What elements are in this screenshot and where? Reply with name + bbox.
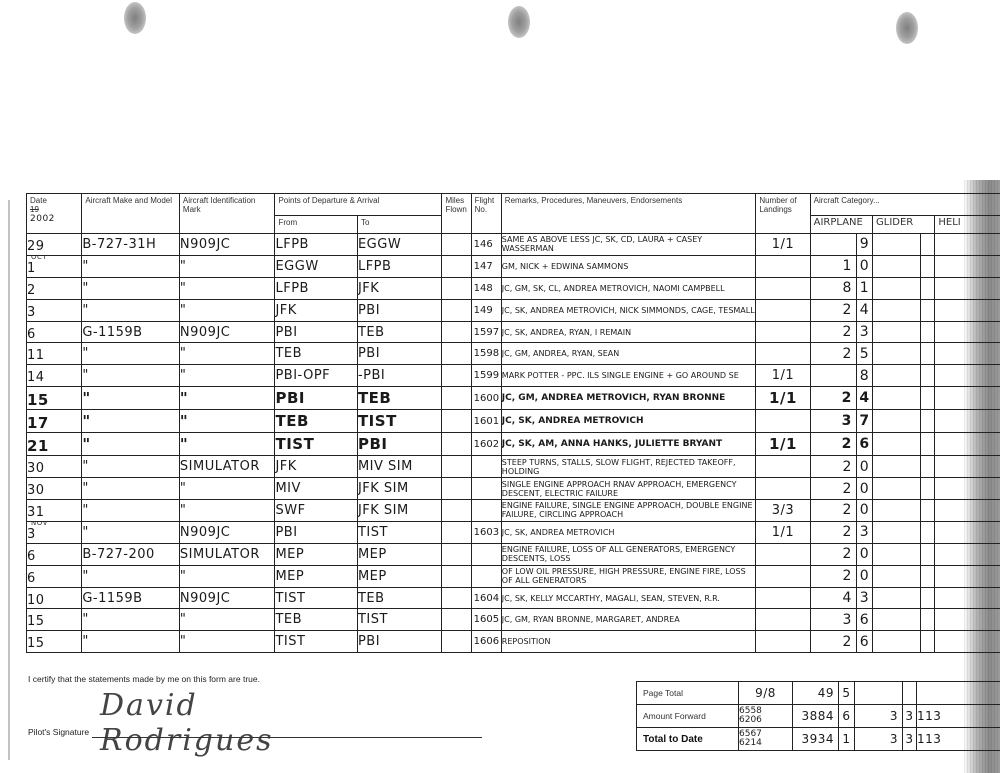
log-miles xyxy=(442,587,471,609)
log-glider-b xyxy=(921,410,935,433)
table-row: 21""TISTPBI1602JC, SK, AM, ANNA HANKS, J… xyxy=(27,433,1000,456)
log-landings xyxy=(756,543,810,565)
log-airplane-b: 6 xyxy=(856,631,872,653)
log-day: 15 xyxy=(27,387,81,409)
log-landings xyxy=(756,255,810,277)
log-to: JFK SIM xyxy=(357,478,442,500)
log-date: NOV3 xyxy=(27,521,82,543)
table-row: 30""MIVJFK SIMSINGLE ENGINE APPROACH RNA… xyxy=(27,478,1000,500)
log-flight-no: 1605 xyxy=(471,609,501,631)
log-glider-b xyxy=(921,234,935,256)
log-glider-a xyxy=(873,456,921,478)
from-header: From xyxy=(275,216,357,234)
log-to: PBI xyxy=(357,299,442,321)
log-glider-a xyxy=(873,587,921,609)
log-glider-a xyxy=(873,410,921,433)
total-to-date-row: Total to Date 6567 6214 3934 1 3 3 113 xyxy=(637,728,1000,751)
log-make-model: " xyxy=(82,631,180,653)
log-airplane-a: 2 xyxy=(810,433,856,456)
log-ident-mark: SIMULATOR xyxy=(179,543,275,565)
log-glider-b xyxy=(921,565,935,587)
log-date: 14 xyxy=(27,365,82,387)
log-airplane-a: 2 xyxy=(810,631,856,653)
log-remarks: ENGINE FAILURE, LOSS OF ALL GENERATORS, … xyxy=(501,543,756,565)
total-to-date-glider-b: 3 xyxy=(903,728,917,751)
log-airplane-a: 2 xyxy=(810,500,856,522)
log-glider-a xyxy=(873,277,921,299)
log-miles xyxy=(442,299,471,321)
log-flight-no xyxy=(471,543,501,565)
log-airplane-a: 2 xyxy=(810,565,856,587)
page-total-label: Page Total xyxy=(637,682,739,705)
page-total-airplane-a: 49 xyxy=(793,682,839,705)
log-make-model: " xyxy=(82,478,180,500)
header-row: Date 19 2002 Aircraft Make and Model Air… xyxy=(27,194,1000,216)
log-miles xyxy=(442,277,471,299)
total-to-date-airplane-a: 3934 xyxy=(793,728,839,751)
margin-mark xyxy=(8,200,10,760)
log-flight-no: 146 xyxy=(471,234,501,256)
log-glider-b xyxy=(921,321,935,343)
log-glider-b xyxy=(921,343,935,365)
log-to: TIST xyxy=(357,609,442,631)
log-date: 6 xyxy=(27,543,82,565)
log-from: TEB xyxy=(275,609,357,631)
log-heli xyxy=(935,478,1000,500)
log-from: PBI xyxy=(275,321,357,343)
log-ident-mark: " xyxy=(179,478,275,500)
log-day: 30 xyxy=(27,457,81,476)
log-day: 2 xyxy=(27,279,81,298)
punch-hole-right xyxy=(896,12,918,44)
log-miles xyxy=(442,543,471,565)
certification-statement: I certify that the statements made by me… xyxy=(28,674,260,684)
amount-forward-label: Amount Forward xyxy=(637,705,739,728)
log-to: LFPB xyxy=(357,255,442,277)
log-glider-a xyxy=(873,543,921,565)
log-from: PBI-OPF xyxy=(275,365,357,387)
log-miles xyxy=(442,521,471,543)
log-remarks: JC, SK, KELLY MCCARTHY, MAGALI, SEAN, ST… xyxy=(501,587,756,609)
log-make-model: G-1159B xyxy=(82,321,180,343)
log-date: 30 xyxy=(27,478,82,500)
log-landings: 1/1 xyxy=(756,433,810,456)
log-landings xyxy=(756,631,810,653)
log-airplane-a: 1 xyxy=(810,255,856,277)
log-make-model: G-1159B xyxy=(82,587,180,609)
log-from: MEP xyxy=(275,543,357,565)
log-flight-no: 1597 xyxy=(471,321,501,343)
log-from: TIST xyxy=(275,587,357,609)
log-from: PBI xyxy=(275,387,357,410)
log-make-model: " xyxy=(82,299,180,321)
total-to-date-airplane-b: 1 xyxy=(839,728,855,751)
table-row: 30"SIMULATORJFKMIV SIMSTEEP TURNS, STALL… xyxy=(27,456,1000,478)
log-landings: 1/1 xyxy=(756,365,810,387)
log-make-model: " xyxy=(82,433,180,456)
log-landings: 1/1 xyxy=(756,521,810,543)
log-miles xyxy=(442,234,471,256)
log-date: 30 xyxy=(27,456,82,478)
log-airplane-a xyxy=(810,234,856,256)
log-glider-b xyxy=(921,433,935,456)
log-airplane-b: 1 xyxy=(856,277,872,299)
log-landings xyxy=(756,343,810,365)
log-heli xyxy=(935,565,1000,587)
log-ident-mark: " xyxy=(179,365,275,387)
log-from: TIST xyxy=(275,433,357,456)
log-make-model: " xyxy=(82,456,180,478)
log-airplane-b: 4 xyxy=(856,387,872,410)
landings-header: Number of Landings xyxy=(756,194,810,234)
amount-forward-glider-a: 3 xyxy=(855,705,903,728)
log-ident-mark: " xyxy=(179,433,275,456)
log-heli xyxy=(935,456,1000,478)
log-airplane-a xyxy=(810,365,856,387)
log-glider-a xyxy=(873,343,921,365)
log-heli xyxy=(935,299,1000,321)
log-airplane-a: 8 xyxy=(810,277,856,299)
log-remarks: ENGINE FAILURE, SINGLE ENGINE APPROACH, … xyxy=(501,500,756,522)
log-glider-b xyxy=(921,521,935,543)
log-make-model: " xyxy=(82,387,180,410)
ident-mark-header: Aircraft Identification Mark xyxy=(179,194,275,234)
log-glider-b xyxy=(921,587,935,609)
log-flight-no: 147 xyxy=(471,255,501,277)
log-ident-mark: " xyxy=(179,343,275,365)
log-remarks: JC, GM, SK, CL, ANDREA METROVICH, NAOMI … xyxy=(501,277,756,299)
log-glider-b xyxy=(921,631,935,653)
amount-forward-landings: 6558 6206 xyxy=(739,705,793,728)
log-from: MIV xyxy=(275,478,357,500)
log-ident-mark: " xyxy=(179,299,275,321)
log-to: PBI xyxy=(357,631,442,653)
log-remarks: GM, NICK + EDWINA SAMMONS xyxy=(501,255,756,277)
log-to: TIST xyxy=(357,521,442,543)
log-make-model: " xyxy=(82,565,180,587)
log-glider-b xyxy=(921,365,935,387)
log-miles xyxy=(442,321,471,343)
log-heli xyxy=(935,631,1000,653)
log-glider-b xyxy=(921,255,935,277)
log-heli xyxy=(935,387,1000,410)
log-remarks: JC, GM, RYAN BRONNE, MARGARET, ANDREA xyxy=(501,609,756,631)
log-to: PBI xyxy=(357,343,442,365)
log-airplane-a: 2 xyxy=(810,478,856,500)
punch-hole-left xyxy=(124,2,146,34)
log-date: 3 xyxy=(27,299,82,321)
log-ident-mark: " xyxy=(179,277,275,299)
log-airplane-b: 0 xyxy=(856,255,872,277)
log-make-model: " xyxy=(82,343,180,365)
log-to: MEP xyxy=(357,565,442,587)
log-flight-no xyxy=(471,478,501,500)
log-flight-no: 1603 xyxy=(471,521,501,543)
total-to-date-label: Total to Date xyxy=(637,728,739,751)
total-to-date-landings: 6567 6214 xyxy=(739,728,793,751)
log-from: TEB xyxy=(275,410,357,433)
log-landings xyxy=(756,587,810,609)
log-ident-mark: " xyxy=(179,565,275,587)
log-day: 11 xyxy=(27,344,81,363)
log-flight-no: 149 xyxy=(471,299,501,321)
page-total-airplane-b: 5 xyxy=(839,682,855,705)
signature-line xyxy=(92,737,482,738)
date-header: Date 19 2002 xyxy=(27,194,82,234)
log-make-model: " xyxy=(82,410,180,433)
log-make-model: " xyxy=(82,255,180,277)
log-heli xyxy=(935,343,1000,365)
log-glider-b xyxy=(921,543,935,565)
log-glider-a xyxy=(873,299,921,321)
log-miles xyxy=(442,500,471,522)
log-airplane-a: 3 xyxy=(810,410,856,433)
log-make-model: " xyxy=(82,277,180,299)
log-heli xyxy=(935,234,1000,256)
log-miles xyxy=(442,343,471,365)
log-miles xyxy=(442,478,471,500)
make-model-header: Aircraft Make and Model xyxy=(82,194,180,234)
log-ident-mark: " xyxy=(179,410,275,433)
log-make-model: " xyxy=(82,521,180,543)
log-flight-no: 1598 xyxy=(471,343,501,365)
log-to: MEP xyxy=(357,543,442,565)
amount-forward-airplane-a: 3884 xyxy=(793,705,839,728)
category-header: Aircraft Category... xyxy=(810,194,1000,216)
log-flight-no: 1604 xyxy=(471,587,501,609)
logbook-table: Date 19 2002 Aircraft Make and Model Air… xyxy=(26,193,1000,653)
table-row: 17""TEBTIST1601JC, SK, ANDREA METROVICH3… xyxy=(27,410,1000,433)
log-ident-mark: N909JC xyxy=(179,321,275,343)
log-day: 14 xyxy=(27,366,81,385)
log-flight-no: 1602 xyxy=(471,433,501,456)
log-heli xyxy=(935,500,1000,522)
log-day: 30 xyxy=(27,479,81,498)
log-flight-no xyxy=(471,500,501,522)
log-date: 15 xyxy=(27,631,82,653)
table-row: 11""TEBPBI1598JC, GM, ANDREA, RYAN, SEAN… xyxy=(27,343,1000,365)
log-day: 6 xyxy=(27,567,81,586)
log-to: TEB xyxy=(357,587,442,609)
log-airplane-a: 3 xyxy=(810,609,856,631)
miles-header: Miles Flown xyxy=(442,194,471,234)
log-glider-b xyxy=(921,299,935,321)
log-glider-a xyxy=(873,255,921,277)
log-heli xyxy=(935,433,1000,456)
log-glider-b xyxy=(921,478,935,500)
log-airplane-b: 6 xyxy=(856,433,872,456)
log-ident-mark: N909JC xyxy=(179,587,275,609)
log-from: MEP xyxy=(275,565,357,587)
log-flight-no: 1606 xyxy=(471,631,501,653)
log-date: 21 xyxy=(27,433,82,456)
amount-forward-glider-b: 3 xyxy=(903,705,917,728)
log-landings xyxy=(756,277,810,299)
category-glider-header: GLIDER xyxy=(873,216,935,234)
table-row: 2""LFPBJFK148JC, GM, SK, CL, ANDREA METR… xyxy=(27,277,1000,299)
log-date: 6 xyxy=(27,321,82,343)
page-total-glider-b xyxy=(903,682,917,705)
log-to: TEB xyxy=(357,387,442,410)
table-row: 15""PBITEB1600JC, GM, ANDREA METROVICH, … xyxy=(27,387,1000,410)
log-ident-mark: " xyxy=(179,609,275,631)
table-row: 15""TISTPBI1606REPOSITION26 xyxy=(27,631,1000,653)
log-ident-mark: " xyxy=(179,255,275,277)
page-total-row: Page Total 9/8 49 5 xyxy=(637,682,1000,705)
category-airplane-header: AIRPLANE xyxy=(810,216,872,234)
log-heli xyxy=(935,321,1000,343)
log-landings: 1/1 xyxy=(756,234,810,256)
log-ident-mark: N909JC xyxy=(179,521,275,543)
table-row: 31""SWFJFK SIMENGINE FAILURE, SINGLE ENG… xyxy=(27,500,1000,522)
log-airplane-b: 0 xyxy=(856,500,872,522)
log-glider-a xyxy=(873,433,921,456)
table-row: 15""TEBTIST1605JC, GM, RYAN BRONNE, MARG… xyxy=(27,609,1000,631)
log-heli xyxy=(935,521,1000,543)
log-day: 15 xyxy=(27,632,81,651)
table-row: 29B-727-31HN909JCLFPBEGGW146SAME AS ABOV… xyxy=(27,234,1000,256)
amount-forward-airplane-b: 6 xyxy=(839,705,855,728)
log-airplane-a: 2 xyxy=(810,521,856,543)
log-miles xyxy=(442,631,471,653)
log-flight-no: 1599 xyxy=(471,365,501,387)
log-airplane-b: 3 xyxy=(856,321,872,343)
log-landings xyxy=(756,609,810,631)
to-header: To xyxy=(357,216,442,234)
log-miles xyxy=(442,365,471,387)
log-date: 10 xyxy=(27,587,82,609)
log-to: JFK SIM xyxy=(357,500,442,522)
log-remarks: SAME AS ABOVE LESS JC, SK, CD, LAURA + C… xyxy=(501,234,756,256)
log-landings xyxy=(756,478,810,500)
log-make-model: " xyxy=(82,500,180,522)
log-heli xyxy=(935,365,1000,387)
log-remarks: JC, SK, ANDREA METROVICH, NICK SIMMONDS,… xyxy=(501,299,756,321)
log-make-model: " xyxy=(82,609,180,631)
log-flight-no: 1600 xyxy=(471,387,501,410)
log-glider-b xyxy=(921,277,935,299)
log-remarks: JC, GM, ANDREA METROVICH, RYAN BRONNE xyxy=(501,387,756,410)
pilot-signature: David Rodrigues xyxy=(100,688,330,743)
log-airplane-b: 3 xyxy=(856,587,872,609)
log-day: 6 xyxy=(27,545,81,564)
log-landings xyxy=(756,410,810,433)
log-to: TEB xyxy=(357,321,442,343)
log-heli xyxy=(935,410,1000,433)
log-from: PBI xyxy=(275,521,357,543)
log-day: 10 xyxy=(27,589,81,608)
log-glider-a xyxy=(873,365,921,387)
log-remarks: JC, SK, ANDREA METROVICH xyxy=(501,521,756,543)
log-heli xyxy=(935,587,1000,609)
log-ident-mark: " xyxy=(179,500,275,522)
log-landings xyxy=(756,299,810,321)
log-flight-no: 1601 xyxy=(471,410,501,433)
log-from: JFK xyxy=(275,299,357,321)
log-miles xyxy=(442,255,471,277)
log-to: PBI xyxy=(357,433,442,456)
log-landings xyxy=(756,565,810,587)
log-remarks: SINGLE ENGINE APPROACH RNAV APPROACH, EM… xyxy=(501,478,756,500)
log-remarks: JC, SK, ANDREA, RYAN, I REMAIN xyxy=(501,321,756,343)
table-row: NOV3"N909JCPBITIST1603JC, SK, ANDREA MET… xyxy=(27,521,1000,543)
table-row: 14""PBI-OPF-PBI1599MARK POTTER - PPC. IL… xyxy=(27,365,1000,387)
log-to: EGGW xyxy=(357,234,442,256)
table-row: 3""JFKPBI149JC, SK, ANDREA METROVICH, NI… xyxy=(27,299,1000,321)
log-heli xyxy=(935,543,1000,565)
log-ident-mark: " xyxy=(179,387,275,410)
log-ident-mark: SIMULATOR xyxy=(179,456,275,478)
log-date: 15 xyxy=(27,609,82,631)
log-from: TIST xyxy=(275,631,357,653)
log-airplane-b: 7 xyxy=(856,410,872,433)
page-total-landings: 9/8 xyxy=(739,682,793,705)
log-miles xyxy=(442,565,471,587)
log-flight-no: 148 xyxy=(471,277,501,299)
log-date: OCT1 xyxy=(27,255,82,277)
log-to: MIV SIM xyxy=(357,456,442,478)
log-landings: 1/1 xyxy=(756,387,810,410)
totals-box: Page Total 9/8 49 5 Amount Forward 6558 … xyxy=(636,681,1000,751)
total-to-date-heli: 113 xyxy=(917,728,1000,751)
log-airplane-b: 0 xyxy=(856,543,872,565)
log-from: SWF xyxy=(275,500,357,522)
log-airplane-a: 2 xyxy=(810,321,856,343)
table-row: 6G-1159BN909JCPBITEB1597JC, SK, ANDREA, … xyxy=(27,321,1000,343)
log-date: 11 xyxy=(27,343,82,365)
log-day: 21 xyxy=(27,433,81,455)
log-day: 6 xyxy=(27,323,81,342)
log-landings: 3/3 xyxy=(756,500,810,522)
table-row: 6""MEPMEPOF LOW OIL PRESSURE, HIGH PRESS… xyxy=(27,565,1000,587)
log-remarks: STEEP TURNS, STALLS, SLOW FLIGHT, REJECT… xyxy=(501,456,756,478)
log-remarks: MARK POTTER - PPC. ILS SINGLE ENGINE + G… xyxy=(501,365,756,387)
log-airplane-b: 8 xyxy=(856,365,872,387)
log-landings xyxy=(756,321,810,343)
log-make-model: B-727-31H xyxy=(82,234,180,256)
log-miles xyxy=(442,609,471,631)
log-miles xyxy=(442,410,471,433)
log-glider-a xyxy=(873,521,921,543)
log-airplane-a: 2 xyxy=(810,343,856,365)
log-day: 3 xyxy=(27,301,81,320)
log-ident-mark: " xyxy=(179,631,275,653)
log-day: 31 xyxy=(27,501,81,520)
log-glider-b xyxy=(921,456,935,478)
log-ident-mark: N909JC xyxy=(179,234,275,256)
log-heli xyxy=(935,277,1000,299)
log-month: NOV xyxy=(31,521,48,527)
log-landings xyxy=(756,456,810,478)
log-miles xyxy=(442,387,471,410)
page-total-heli xyxy=(917,682,1000,705)
log-remarks: REPOSITION xyxy=(501,631,756,653)
log-to: TIST xyxy=(357,410,442,433)
log-remarks: JC, SK, AM, ANNA HANKS, JULIETTE BRYANT xyxy=(501,433,756,456)
log-heli xyxy=(935,609,1000,631)
amount-forward-row: Amount Forward 6558 6206 3884 6 3 3 113 xyxy=(637,705,1000,728)
log-glider-a xyxy=(873,609,921,631)
signature-label: Pilot's Signature xyxy=(28,727,89,737)
total-to-date-glider-a: 3 xyxy=(855,728,903,751)
log-airplane-a: 2 xyxy=(810,543,856,565)
log-date: 29 xyxy=(27,234,82,256)
log-glider-b xyxy=(921,500,935,522)
page-total-glider-a xyxy=(855,682,903,705)
log-glider-b xyxy=(921,609,935,631)
log-flight-no xyxy=(471,456,501,478)
log-airplane-b: 9 xyxy=(856,234,872,256)
